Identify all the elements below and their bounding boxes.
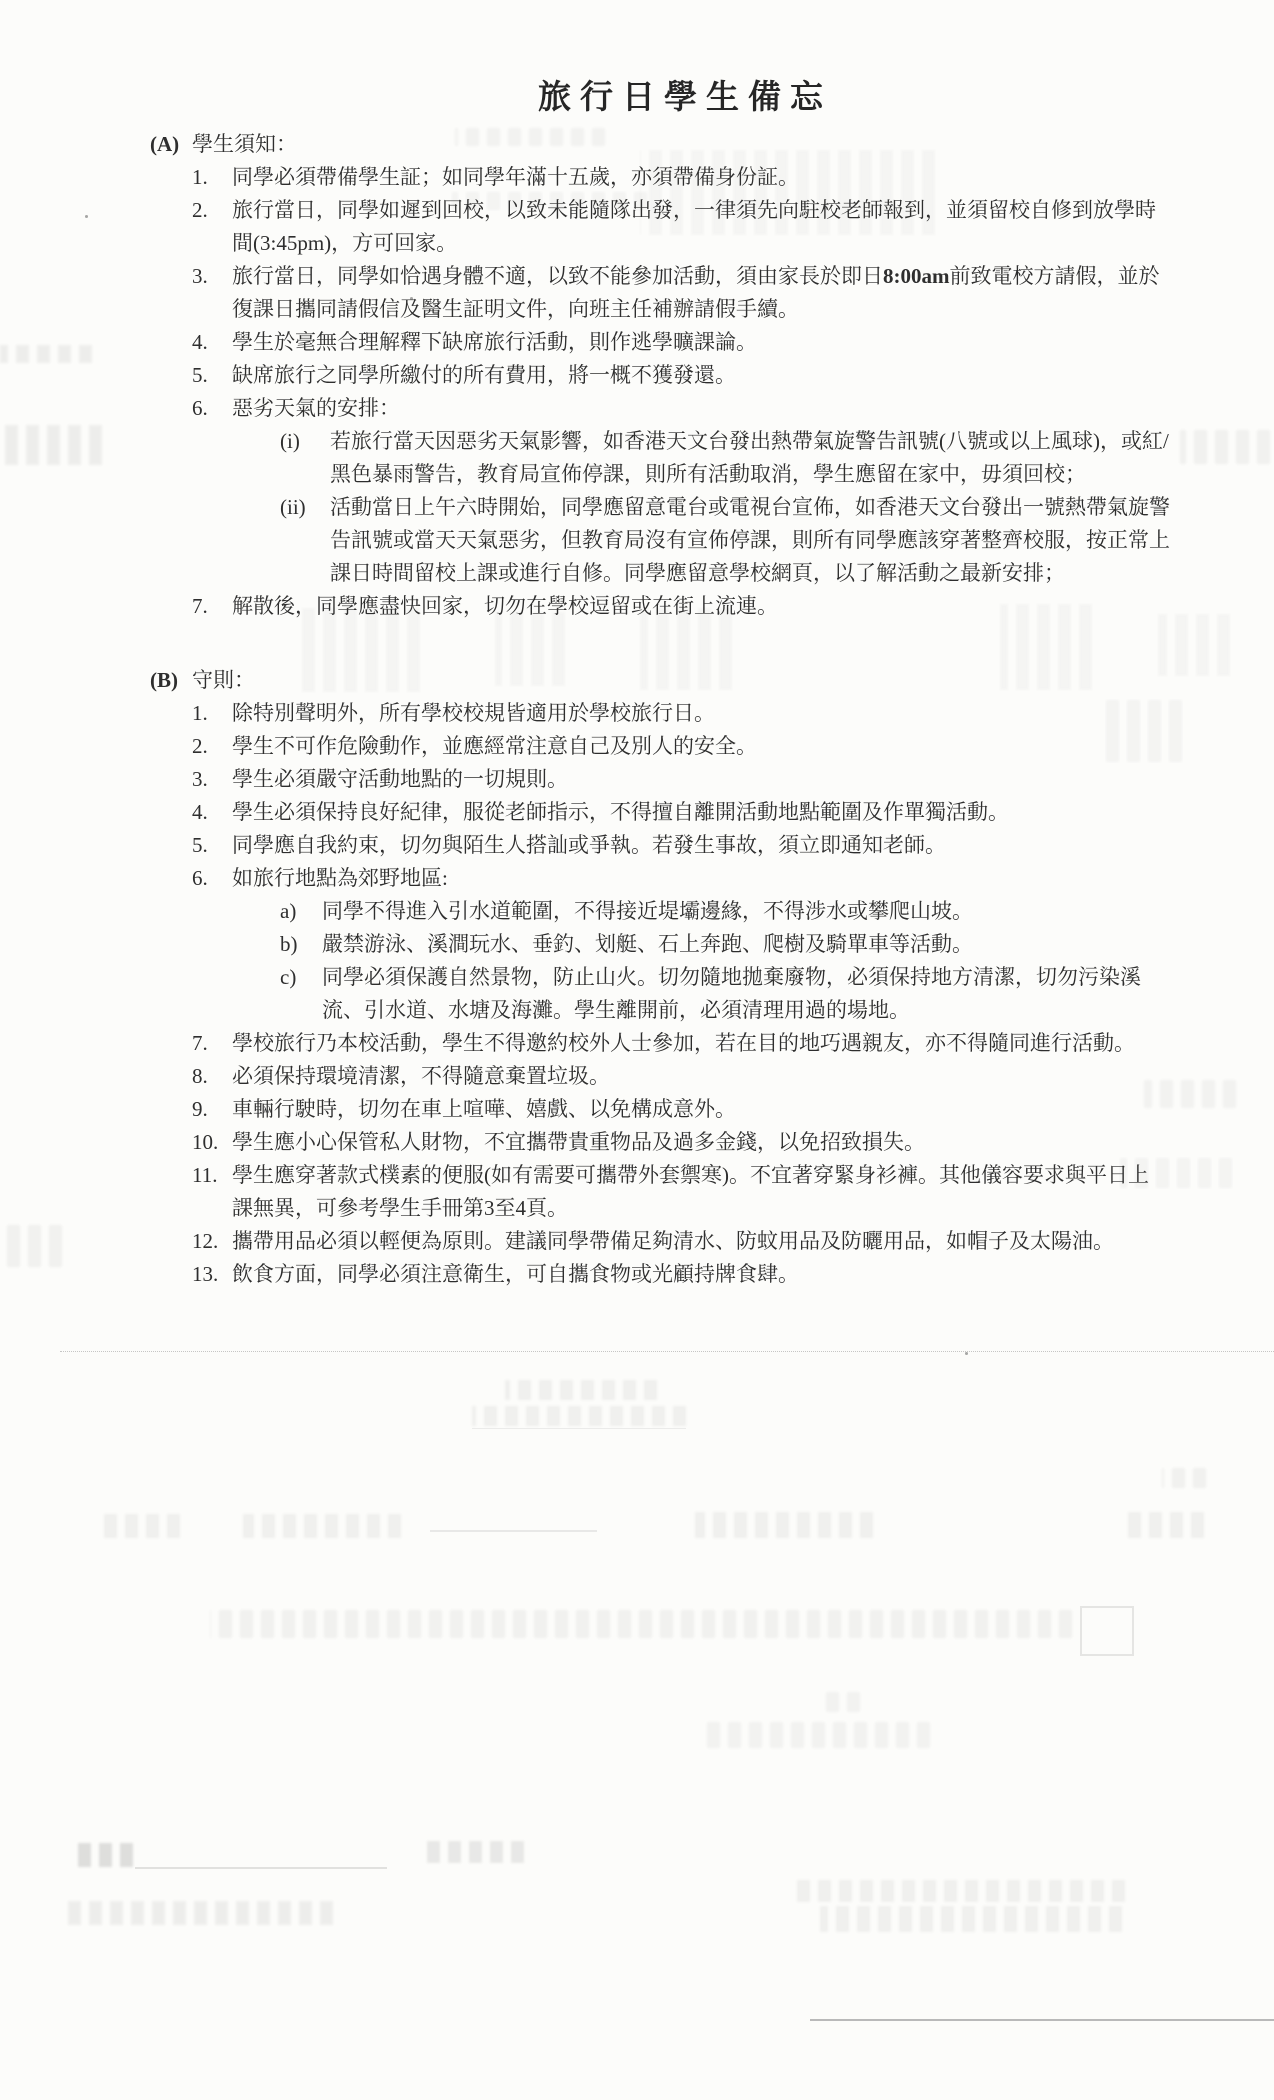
- item-text: 如旅行地點為郊野地區:: [232, 862, 1168, 895]
- item-text: 飲食方面，同學必須注意衛生，可自攜食物或光顧持牌食肆。: [232, 1258, 1168, 1291]
- scan-speck: [965, 1352, 968, 1355]
- scan-speck: [410, 297, 413, 300]
- sub-item-text: 活動當日上午六時開始，同學應留意電台或電視台宣佈，如香港天文台發出一號熱帶氣旋警…: [330, 491, 1170, 590]
- item-number: 10.: [192, 1126, 232, 1159]
- scan-line-artifact: [810, 2019, 1274, 2021]
- checkbox-bleed-through-artifact: [1080, 1606, 1134, 1656]
- item-text-part: 學生於毫無合理解釋下缺席旅行活動，則作逃學曠課論。: [232, 330, 757, 354]
- list-item: 7.學校旅行乃本校活動，學生不得邀約校外人士參加，若在目的地巧遇親友，亦不得隨同…: [192, 1027, 1170, 1060]
- bleed-through-artifact: [820, 1906, 1122, 1932]
- list-item: 10.學生應小心保管私人財物，不宜攜帶貴重物品及過多金錢，以免招致損失。: [192, 1126, 1170, 1159]
- sub-list-item: (ii)活動當日上午六時開始，同學應留意電台或電視台宣佈，如香港天文台發出一號熱…: [280, 491, 1170, 590]
- list-item: 5.同學應自我約束，切勿與陌生人搭訕或爭執。若發生事故，須立即通知老師。: [192, 829, 1170, 862]
- item-text: 攜帶用品必須以輕便為原則。建議同學帶備足夠清水、防蚊用品及防曬用品，如帽子及太陽…: [232, 1225, 1168, 1258]
- bleed-through-artifact: [1098, 700, 1182, 762]
- bleed-through-artifact: [100, 1514, 180, 1538]
- bleed-through-artifact: [495, 612, 565, 686]
- item-number: 9.: [192, 1093, 232, 1126]
- sub-item-text: 若旅行當天因惡劣天氣影響，如香港天文台發出熱帶氣旋警告訊號(八號或以上風球)，或…: [330, 425, 1170, 491]
- bleed-through-artifact: [420, 1841, 524, 1863]
- bleed-through-artifact: [75, 1843, 133, 1867]
- item-text: 除特別聲明外，所有學校校規皆適用於學校旅行日。: [232, 697, 1168, 730]
- bleed-through-artifact: [0, 425, 102, 465]
- item-text: 學校旅行乃本校活動，學生不得邀約校外人士參加，若在目的地巧遇親友，亦不得隨同進行…: [232, 1027, 1168, 1060]
- bleed-through-artifact: [790, 1880, 1125, 1902]
- list-item: 3.旅行當日，同學如恰遇身體不適，以致不能參加活動，須由家長於即日8:00am前…: [192, 260, 1170, 326]
- scan-line-artifact: [135, 1867, 387, 1869]
- bleed-through-artifact: [818, 1692, 860, 1712]
- item-text-part: 如旅行地點為郊野地區:: [232, 866, 448, 890]
- item-text: 必須保持環境清潔，不得隨意棄置垃圾。: [232, 1060, 1168, 1093]
- sections: (A)學生須知：1.同學必須帶備學生証；如同學年滿十五歲，亦須帶備身份証。2.旅…: [150, 128, 1170, 1291]
- list-item: 13.飲食方面，同學必須注意衛生，可自攜食物或光顧持牌食肆。: [192, 1258, 1170, 1291]
- item-text: 學生不可作危險動作，並應經常注意自己及別人的安全。: [232, 730, 1168, 763]
- dotted-line-artifact: [60, 1351, 1274, 1352]
- sub-items: (i)若旅行當天因惡劣天氣影響，如香港天文台發出熱帶氣旋警告訊號(八號或以上風球…: [280, 425, 1170, 590]
- list-item: 1.除特別聲明外，所有學校校規皆適用於學校旅行日。: [192, 697, 1170, 730]
- sub-item-marker: (i): [280, 425, 330, 458]
- sub-item-marker: (ii): [280, 491, 330, 524]
- scan-speck: [85, 215, 88, 218]
- item-text: 車輛行駛時，切勿在車上喧嘩、嬉戲、以免構成意外。: [232, 1093, 1168, 1126]
- list-item: 3.學生必須嚴守活動地點的一切規則。: [192, 763, 1170, 796]
- item-number: 4.: [192, 326, 232, 359]
- bleed-through-artifact: [1120, 1512, 1204, 1538]
- bleed-through-artifact: [65, 1901, 333, 1925]
- scanned-document-page: 旅行日學生備忘 (A)學生須知：1.同學必須帶備學生証；如同學年滿十五歲，亦須帶…: [0, 0, 1274, 2100]
- item-text: 旅行當日，同學如恰遇身體不適，以致不能參加活動，須由家長於即日8:00am前致電…: [232, 260, 1168, 326]
- sub-list-item: c)同學必須保護自然景物，防止山火。切勿隨地拋棄廢物，必須保持地方清潔，切勿污染…: [280, 961, 1170, 1027]
- item-text-part: 惡劣天氣的安排：: [232, 396, 400, 420]
- item-text-part: 除特別聲明外，所有學校校規皆適用於學校旅行日。: [232, 701, 715, 725]
- section-label: (B): [150, 664, 192, 697]
- bleed-through-artifact: [300, 608, 420, 692]
- item-number: 3.: [192, 260, 232, 293]
- list-item: 9.車輛行駛時，切勿在車上喧嘩、嬉戲、以免構成意外。: [192, 1093, 1170, 1126]
- item-text-part: 同學不得進入引水道範圍，不得接近堤壩邊緣，不得涉水或攀爬山坡。: [322, 899, 973, 923]
- sub-item-text: 同學不得進入引水道範圍，不得接近堤壩邊緣，不得涉水或攀爬山坡。: [322, 895, 1168, 928]
- item-number: 6.: [192, 392, 232, 425]
- item-text-part: 學生應穿著款式樸素的便服(如有需要可攜帶外套禦寒)。不宜著穿緊身衫褲。其他儀容要…: [232, 1163, 1149, 1220]
- item-text-part: 學校旅行乃本校活動，學生不得邀約校外人士參加，若在目的地巧遇親友，亦不得隨同進行…: [232, 1031, 1135, 1055]
- item-text-part: 活動當日上午六時開始，同學應留意電台或電視台宣佈，如香港天文台發出一號熱帶氣旋警…: [330, 495, 1170, 585]
- bleed-through-artifact: [705, 1722, 930, 1748]
- bleed-through-artifact: [210, 1610, 1072, 1638]
- item-text-part: 必須保持環境清潔，不得隨意棄置垃圾。: [232, 1064, 610, 1088]
- bleed-through-artifact: [1162, 1468, 1206, 1488]
- item-number: 5.: [192, 829, 232, 862]
- bleed-through-artifact: [1000, 604, 1092, 690]
- item-number: 12.: [192, 1225, 232, 1258]
- list-item: 5.缺席旅行之同學所繳付的所有費用，將一概不獲發還。: [192, 359, 1170, 392]
- list-item: 8.必須保持環境清潔，不得隨意棄置垃圾。: [192, 1060, 1170, 1093]
- bleed-through-artifact: [452, 192, 647, 210]
- sub-item-text: 嚴禁游泳、溪澗玩水、垂釣、划艇、石上奔跑、爬樹及騎單車等活動。: [322, 928, 1168, 961]
- bleed-through-artifact: [472, 1406, 686, 1426]
- bleed-through-artifact: [455, 128, 605, 146]
- sub-item-text: 同學必須保護自然景物，防止山火。切勿隨地拋棄廢物，必須保持地方清潔，切勿污染溪流…: [322, 961, 1168, 1027]
- item-text: 學生必須嚴守活動地點的一切規則。: [232, 763, 1168, 796]
- bleed-through-artifact: [0, 1225, 62, 1267]
- list-item: 2.學生不可作危險動作，並應經常注意自己及別人的安全。: [192, 730, 1170, 763]
- item-number: 13.: [192, 1258, 232, 1291]
- sub-list-item: b)嚴禁游泳、溪澗玩水、垂釣、划艇、石上奔跑、爬樹及騎單車等活動。: [280, 928, 1170, 961]
- bleed-through-artifact: [0, 345, 92, 363]
- scan-line-artifact: [472, 1428, 686, 1429]
- item-text: 缺席旅行之同學所繳付的所有費用，將一概不獲發還。: [232, 359, 1168, 392]
- bleed-through-artifact: [243, 1514, 401, 1538]
- list-item: 6.惡劣天氣的安排：: [192, 392, 1170, 425]
- sub-items: a)同學不得進入引水道範圍，不得接近堤壩邊緣，不得涉水或攀爬山坡。b)嚴禁游泳、…: [280, 895, 1170, 1027]
- item-text-part: 缺席旅行之同學所繳付的所有費用，將一概不獲發還。: [232, 363, 736, 387]
- item-number: 1.: [192, 697, 232, 730]
- item-number: 2.: [192, 730, 232, 763]
- item-text-part: 旅行當日，同學如恰遇身體不適，以致不能參加活動，須由家長於即日: [232, 264, 883, 288]
- list-item: 4.學生必須保持良好紀律，服從老師指示，不得擅自離開活動地點範圍及作單獨活動。: [192, 796, 1170, 829]
- item-number: 7.: [192, 590, 232, 623]
- item-text-part: 學生不可作危險動作，並應經常注意自己及別人的安全。: [232, 734, 757, 758]
- sub-item-marker: a): [280, 895, 322, 928]
- item-text-part: 學生應小心保管私人財物，不宜攜帶貴重物品及過多金錢，以免招致損失。: [232, 1130, 925, 1154]
- item-text-part: 學生必須保持良好紀律，服從老師指示，不得擅自離開活動地點範圍及作單獨活動。: [232, 800, 1009, 824]
- item-text: 惡劣天氣的安排：: [232, 392, 1168, 425]
- item-number: 11.: [192, 1159, 232, 1192]
- section-items: 1.除特別聲明外，所有學校校規皆適用於學校旅行日。2.學生不可作危險動作，並應經…: [192, 697, 1170, 1291]
- list-item: 12.攜帶用品必須以輕便為原則。建議同學帶備足夠清水、防蚊用品及防曬用品，如帽子…: [192, 1225, 1170, 1258]
- section-b: (B)守則：1.除特別聲明外，所有學校校規皆適用於學校旅行日。2.學生不可作危險…: [150, 664, 1170, 1291]
- sub-list-item: (i)若旅行當天因惡劣天氣影響，如香港天文台發出熱帶氣旋警告訊號(八號或以上風球…: [280, 425, 1170, 491]
- bleed-through-artifact: [695, 1512, 873, 1538]
- item-number: 4.: [192, 796, 232, 829]
- bleed-through-artifact: [640, 608, 732, 690]
- item-text-part: 若旅行當天因惡劣天氣影響，如香港天文台發出熱帶氣旋警告訊號(八號或以上風球)，或…: [330, 429, 1169, 486]
- item-number: 3.: [192, 763, 232, 796]
- item-number: 8.: [192, 1060, 232, 1093]
- item-text: 同學應自我約束，切勿與陌生人搭訕或爭執。若發生事故，須立即通知老師。: [232, 829, 1168, 862]
- item-text-part: 飲食方面，同學必須注意衛生，可自攜食物或光顧持牌食肆。: [232, 1262, 799, 1286]
- item-text-part: 同學應自我約束，切勿與陌生人搭訕或爭執。若發生事故，須立即通知老師。: [232, 833, 946, 857]
- item-text: 學生於毫無合理解釋下缺席旅行活動，則作逃學曠課論。: [232, 326, 1168, 359]
- item-text-part: 同學必須保護自然景物，防止山火。切勿隨地拋棄廢物，必須保持地方清潔，切勿污染溪流…: [322, 965, 1141, 1022]
- item-text-part: 車輛行駛時，切勿在車上喧嘩、嬉戲、以免構成意外。: [232, 1097, 736, 1121]
- item-number: 7.: [192, 1027, 232, 1060]
- list-item: 4.學生於毫無合理解釋下缺席旅行活動，則作逃學曠課論。: [192, 326, 1170, 359]
- item-text-part: 8:00am: [883, 264, 950, 288]
- item-number: 6.: [192, 862, 232, 895]
- item-number: 1.: [192, 161, 232, 194]
- bleed-through-artifact: [1120, 1158, 1232, 1188]
- document-title: 旅行日學生備忘: [150, 78, 1170, 118]
- list-item: 11.學生應穿著款式樸素的便服(如有需要可攜帶外套禦寒)。不宜著穿緊身衫褲。其他…: [192, 1159, 1170, 1225]
- item-number: 2.: [192, 194, 232, 227]
- sub-item-marker: b): [280, 928, 322, 961]
- bleed-through-artifact: [640, 150, 935, 235]
- item-text: 學生必須保持良好紀律，服從老師指示，不得擅自離開活動地點範圍及作單獨活動。: [232, 796, 1168, 829]
- section-label: (A): [150, 128, 192, 161]
- item-text: 學生應穿著款式樸素的便服(如有需要可攜帶外套禦寒)。不宜著穿緊身衫褲。其他儀容要…: [232, 1159, 1168, 1225]
- bleed-through-artifact: [1180, 430, 1270, 464]
- item-text-part: 嚴禁游泳、溪澗玩水、垂釣、划艇、石上奔跑、爬樹及騎單車等活動。: [322, 932, 973, 956]
- item-number: 5.: [192, 359, 232, 392]
- bleed-through-artifact: [1158, 614, 1230, 676]
- item-text: 學生應小心保管私人財物，不宜攜帶貴重物品及過多金錢，以免招致損失。: [232, 1126, 1168, 1159]
- list-item: 6.如旅行地點為郊野地區:: [192, 862, 1170, 895]
- sub-list-item: a)同學不得進入引水道範圍，不得接近堤壩邊緣，不得涉水或攀爬山坡。: [280, 895, 1170, 928]
- scan-line-artifact: [430, 1530, 597, 1532]
- sub-item-marker: c): [280, 961, 322, 994]
- item-text-part: 學生必須嚴守活動地點的一切規則。: [232, 767, 568, 791]
- bleed-through-artifact: [1144, 1080, 1236, 1108]
- bleed-through-artifact: [505, 1380, 657, 1400]
- item-text-part: 攜帶用品必須以輕便為原則。建議同學帶備足夠清水、防蚊用品及防曬用品，如帽子及太陽…: [232, 1229, 1114, 1253]
